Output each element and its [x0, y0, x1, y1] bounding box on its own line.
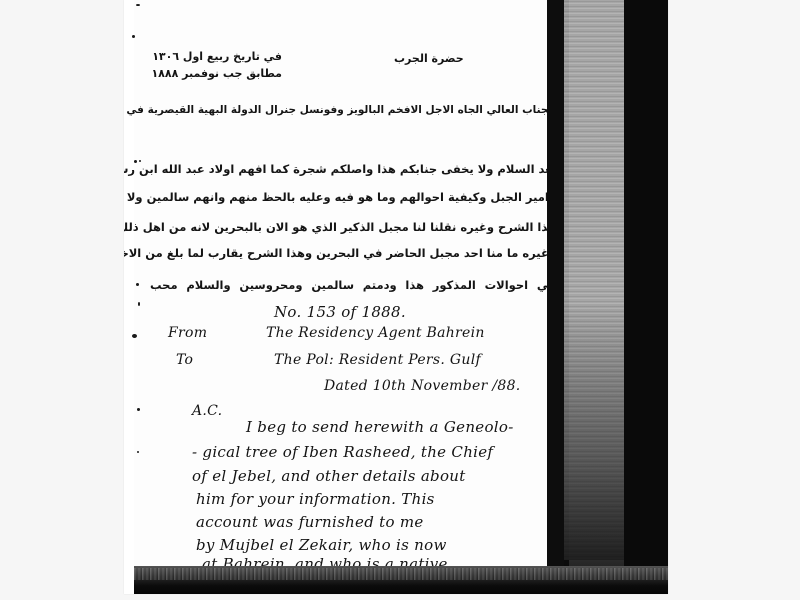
arabic-body-line: وغيره ما منا احد مجبل الحاضر في البحرين … [150, 246, 556, 260]
arabic-body-line: في احوالات المذكور هذا ودمتم سالمين ومحر… [150, 278, 556, 292]
english-body-line: him for your information. This [196, 490, 435, 508]
scan-speck [137, 451, 139, 453]
scanned-document: حضرة الجرب في تاريخ ربيع اول ١٣٠٦ مطابق … [124, 0, 668, 594]
dated-line: Dated 10th November /88. [324, 378, 521, 394]
scanner-edge-dark [624, 0, 668, 594]
from-label: From [168, 325, 207, 341]
paper-sheet: حضرة الجرب في تاريخ ربيع اول ١٣٠٦ مطابق … [134, 0, 554, 566]
scan-speck [136, 283, 139, 286]
scanner-edge-fade [564, 300, 626, 570]
arabic-address-line: الجناب العالي الجاه الاجل الافخم البالوي… [150, 104, 556, 116]
scanner-bottom-noise [134, 568, 668, 580]
scan-speck [134, 160, 137, 163]
english-body-line: I beg to send herewith a Geneolo- [246, 418, 514, 436]
to-value: The Pol: Resident Pers. Gulf [274, 352, 481, 368]
arabic-date-hijri: في تاريخ ربيع اول ١٣٠٦ [172, 50, 282, 63]
english-body-line: account was furnished to me [196, 513, 424, 531]
english-body-line: by Mujbel el Zekair, who is now [196, 536, 447, 554]
scan-speck [138, 302, 140, 306]
scan-speck [139, 160, 141, 162]
arabic-header: حضرة الجرب [394, 52, 464, 65]
scan-speck [132, 35, 135, 38]
to-label: To [176, 352, 193, 368]
salutation: A.C. [192, 403, 222, 419]
arabic-body-line: هذا الشرح وغيره نقلنا لنا مجبل الذكير ال… [150, 220, 556, 234]
scan-speck [137, 408, 140, 411]
arabic-body-line: وامير الجبل وكيفية احوالهم وما هو فيه وع… [150, 190, 556, 204]
english-body-line: of el Jebel, and other details about [192, 467, 466, 485]
scan-speck [136, 4, 140, 6]
arabic-date-gregorian: مطابق جب نوفمبر ١٨٨٨ [172, 67, 282, 80]
scan-speck [132, 334, 137, 338]
english-body-line: - gical tree of Iben Rasheed, the Chief [192, 443, 493, 461]
arabic-body-line: بعد السلام ولا يخفى جنابكم هذا واصلكم شج… [150, 162, 556, 176]
reference-number: No. 153 of 1888. [274, 303, 406, 321]
image-viewer: حضرة الجرب في تاريخ ربيع اول ١٣٠٦ مطابق … [0, 0, 800, 600]
from-value: The Residency Agent Bahrein [266, 325, 485, 341]
